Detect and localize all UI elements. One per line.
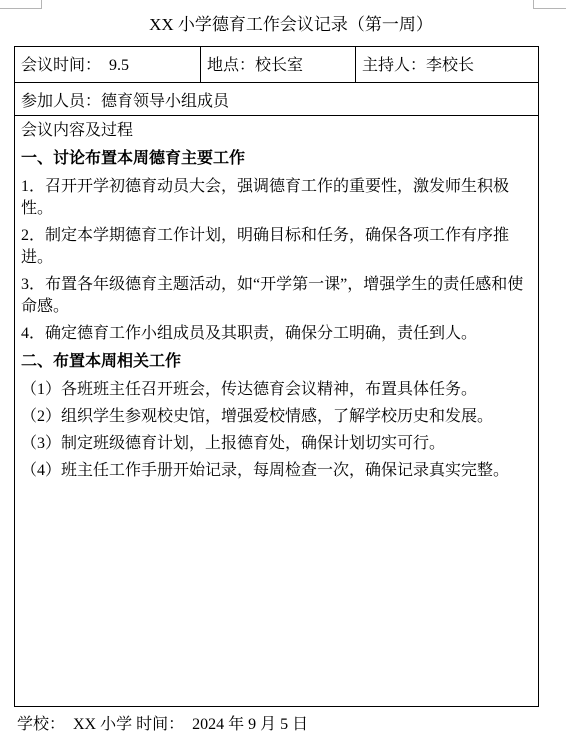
section-2-item-3: （3）制定班级德育计划，上报德育处，确保计划切实可行。 [21, 433, 532, 455]
section-2-item-4: （4）班主任工作手册开始记录，每周检查一次，确保记录真实完整。 [21, 460, 532, 482]
section-1-item-1: 1．召开开学初德育动员大会，强调德育工作的重要性，激发师生积极性。 [21, 176, 532, 220]
text-boundary-mark-top-left-icon [0, 0, 42, 9]
content-header: 会议内容及过程 [21, 120, 532, 142]
location-cell: 地点：校长室 [201, 47, 356, 82]
section-2-item-2: （2）组织学生参观校史馆，增强爱校情感，了解学校历史和发展。 [21, 406, 532, 428]
document-footer: 学校： XX 小学 时间： 2024 年 9 月 5 日 [17, 714, 308, 736]
section-2-heading: 二、布置本周相关工作 [21, 351, 532, 373]
section-1-item-4: 4．确定德育工作小组成员及其职责，确保分工明确，责任到人。 [21, 323, 532, 345]
section-2-item-1: （1）各班班主任召开班会，传达德育会议精神，布置具体任务。 [21, 379, 532, 401]
meeting-record-table: 会议时间： 9.5 地点：校长室 主持人：李校长 参加人员：德育领导小组成员 会… [14, 46, 539, 707]
section-1-item-3: 3．布置各年级德育主题活动，如“开学第一课”，增强学生的责任感和使命感。 [21, 274, 532, 318]
meeting-content-cell: 会议内容及过程 一、讨论布置本周德育主要工作 1．召开开学初德育动员大会，强调德… [15, 115, 538, 706]
participants-cell: 参加人员：德育领导小组成员 [15, 82, 538, 115]
table-header-row: 会议时间： 9.5 地点：校长室 主持人：李校长 [15, 47, 538, 82]
host-cell: 主持人：李校长 [356, 47, 538, 82]
text-boundary-mark-top-right-icon [533, 0, 566, 9]
meeting-time-cell: 会议时间： 9.5 [15, 47, 201, 82]
section-1-heading: 一、讨论布置本周德育主要工作 [21, 148, 532, 170]
document-title: XX 小学德育工作会议记录（第一周） [0, 13, 582, 37]
document-page: XX 小学德育工作会议记录（第一周） 会议时间： 9.5 地点：校长室 主持人：… [0, 0, 582, 740]
section-1-item-2: 2．制定本学期德育工作计划，明确目标和任务，确保各项工作有序推进。 [21, 225, 532, 269]
